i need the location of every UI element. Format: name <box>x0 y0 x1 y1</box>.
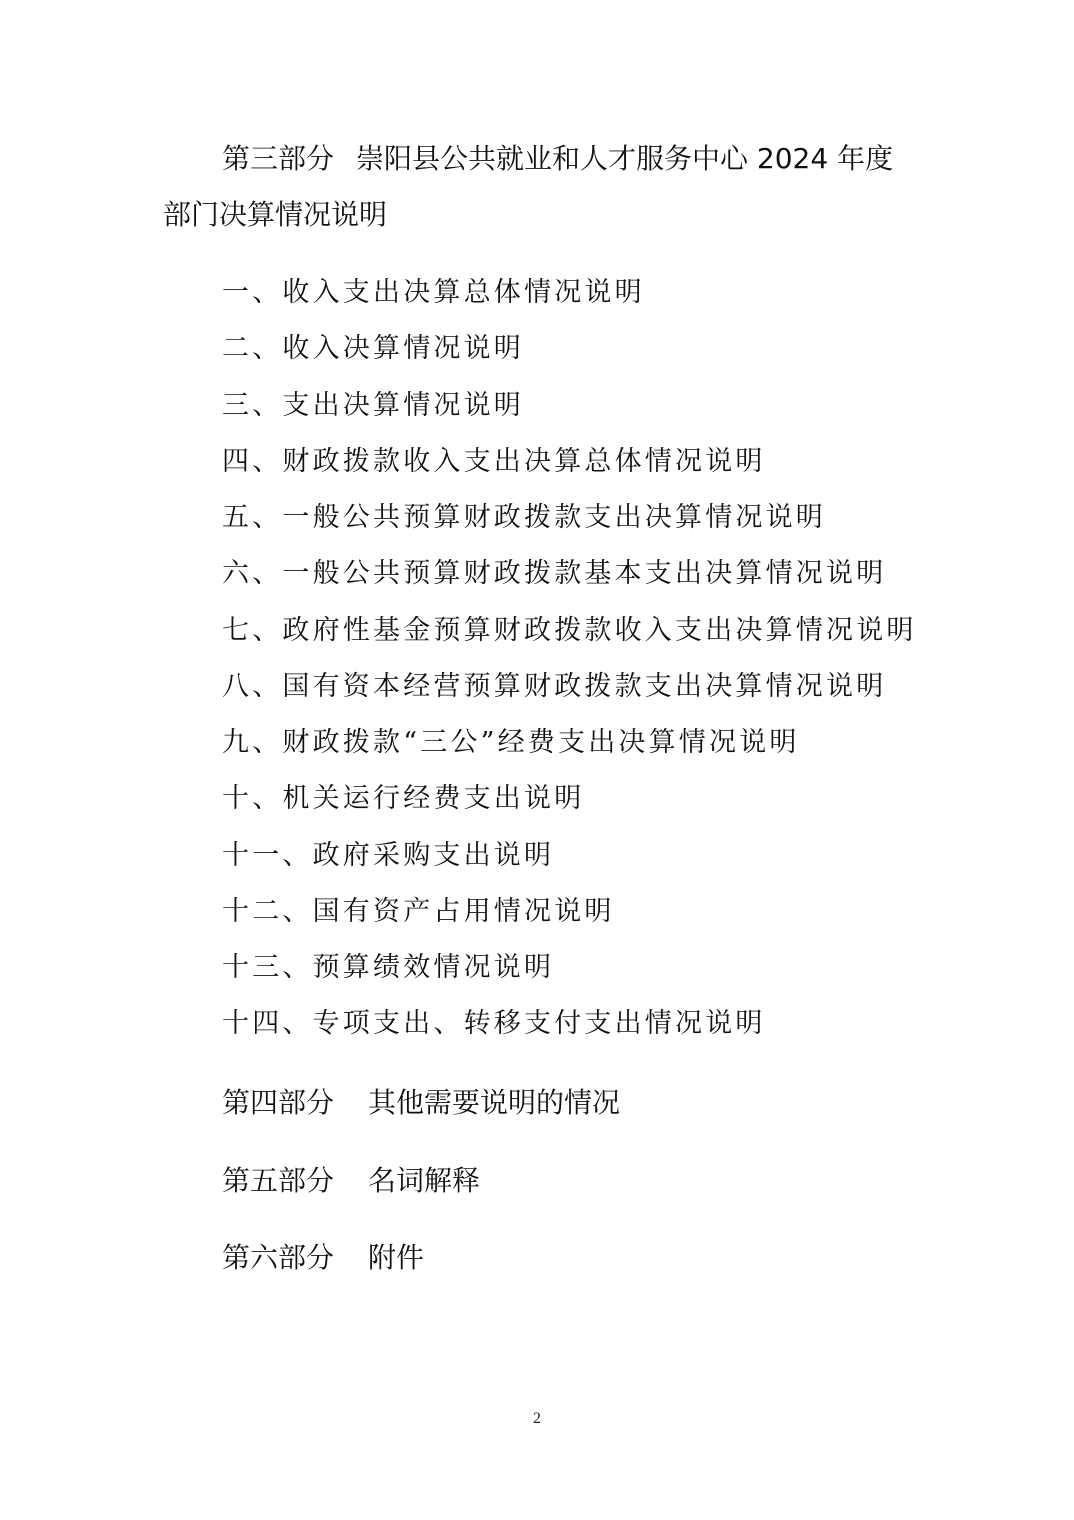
toc-item: 五、一般公共预算财政拨款支出决算情况说明 <box>222 500 826 536</box>
part-heading: 第四部分其他需要说明的情况 <box>222 1085 620 1121</box>
toc-item: 十四、专项支出、转移支付支出情况说明 <box>222 1006 766 1042</box>
section-heading-line1: 第三部分崇阳县公共就业和人才服务中心 2024 年度 <box>222 141 893 177</box>
toc-item: 九、财政拨款“三公”经费支出决算情况说明 <box>222 725 800 761</box>
section-part-label: 第三部分 <box>222 142 334 175</box>
part-heading: 第六部分附件 <box>222 1240 424 1276</box>
part-label: 第六部分 <box>222 1241 334 1274</box>
toc-item: 十一、政府采购支出说明 <box>222 838 554 874</box>
toc-item: 七、政府性基金预算财政拨款收入支出决算情况说明 <box>222 613 917 649</box>
part-title: 其他需要说明的情况 <box>368 1086 620 1119</box>
toc-item: 三、支出决算情况说明 <box>222 388 524 424</box>
part-heading: 第五部分名词解释 <box>222 1163 480 1199</box>
toc-item: 十三、预算绩效情况说明 <box>222 950 554 986</box>
toc-item: 四、财政拨款收入支出决算总体情况说明 <box>222 444 766 480</box>
section-title-line1: 崇阳县公共就业和人才服务中心 2024 年度 <box>356 142 893 175</box>
toc-item: 十二、国有资产占用情况说明 <box>222 894 615 930</box>
toc-item: 二、收入决算情况说明 <box>222 331 524 367</box>
section-heading-line2: 部门决算情况说明 <box>163 197 387 233</box>
toc-item: 一、收入支出决算总体情况说明 <box>222 275 645 311</box>
document-page: 第三部分崇阳县公共就业和人才服务中心 2024 年度 部门决算情况说明 一、收入… <box>0 0 1074 1520</box>
part-label: 第四部分 <box>222 1086 334 1119</box>
part-title: 名词解释 <box>368 1164 480 1197</box>
page-number: 2 <box>0 1410 1074 1428</box>
toc-item: 八、国有资本经营预算财政拨款支出决算情况说明 <box>222 669 886 705</box>
toc-item: 十、机关运行经费支出说明 <box>222 781 584 817</box>
part-title: 附件 <box>368 1241 424 1274</box>
toc-item: 六、一般公共预算财政拨款基本支出决算情况说明 <box>222 556 886 592</box>
part-label: 第五部分 <box>222 1164 334 1197</box>
